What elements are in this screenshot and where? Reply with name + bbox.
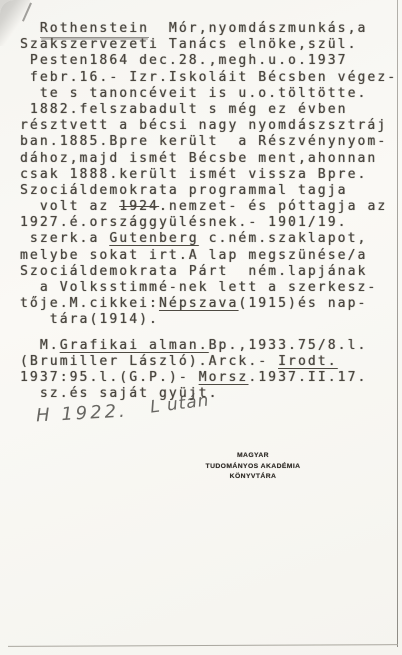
typed-segment: szerk.a bbox=[20, 231, 109, 246]
typed-line: (Brumiller László).Arck.- Irodt. bbox=[20, 354, 397, 370]
typed-line: Szociáldemokrata programmal tagja bbox=[20, 183, 397, 199]
scanned-catalog-card-page: { "page": { "background_color": "#d8d7d3… bbox=[0, 0, 402, 655]
typed-line: 1937:95.l.(G.P.)- Morsz.1937.II.17. bbox=[20, 370, 397, 386]
typed-segment: 1882.felszabadult s még ez évben bbox=[20, 102, 348, 117]
typed-line: Szociáldemokrata Párt ném.lapjának bbox=[20, 264, 397, 280]
typed-segment-underline: Morsz bbox=[199, 370, 249, 385]
typed-line: a Volksstimmé-nek lett a szerkesz- bbox=[20, 280, 397, 296]
typed-segment: tője.M.cikkei: bbox=[20, 296, 159, 311]
card-bottom-edge bbox=[8, 644, 398, 647]
stamp-line: MAGYAR bbox=[203, 451, 303, 462]
typed-segment: 1937:95.l.(G.P.)- bbox=[20, 370, 199, 385]
typed-line: szerk.a Gutenberg c.ném.szaklapot, bbox=[20, 231, 397, 247]
typed-line: te s tanoncéveit is u.o.töltötte. bbox=[20, 86, 397, 102]
typed-line: tára(1914). bbox=[20, 312, 397, 328]
typed-line: dához,majd ismét Bécsbe ment,ahonnan bbox=[20, 151, 397, 167]
typed-segment: .1937.II.17. bbox=[248, 370, 367, 385]
typed-line: tője.M.cikkei:Népszava(1915)és nap- bbox=[20, 296, 397, 312]
typed-line: Rothenstein Mór,nyomdászmunkás,a bbox=[20, 21, 397, 37]
typed-line: Szakszervezeti Tanács elnöke,szül. bbox=[20, 37, 397, 53]
handwritten-note-left: H 1922. bbox=[36, 401, 129, 427]
typed-segment-underline: Irodt. bbox=[278, 354, 338, 369]
typed-segment: c.ném.szaklapot, bbox=[199, 231, 368, 246]
typed-segment: csak 1888.került ismét vissza Bpre. bbox=[20, 167, 367, 182]
typed-segment: résztvett a bécsi nagy nyomdászsztráj bbox=[20, 118, 387, 133]
typed-line: M.Grafikai alman.Bp.,1933.75/8.l. bbox=[20, 338, 397, 354]
typed-segment: dához,majd ismét Bécsbe ment,ahonnan bbox=[20, 151, 377, 166]
typed-segment-underline: Gutenberg bbox=[109, 231, 198, 246]
typed-segment: Szociáldemokrata programmal tagja bbox=[20, 183, 348, 198]
typed-segment: Szakszervezeti Tanács elnöke,szül. bbox=[20, 37, 358, 52]
typed-segment: (Brumiller László).Arck.- bbox=[20, 354, 278, 369]
typed-segment: M. bbox=[20, 338, 60, 353]
typed-segment: Szociáldemokrata Párt ném.lapjának bbox=[20, 264, 367, 279]
typed-segment: .nemzet- és póttagja az bbox=[159, 199, 387, 214]
stamp-line: KÖNYVTÁRA bbox=[203, 472, 303, 483]
typed-line: febr.16.- Izr.Iskoláit Bécsben végez- bbox=[20, 70, 397, 86]
typed-segment-pencil: Rothenstein bbox=[40, 21, 149, 38]
typed-segment: tára(1914). bbox=[20, 312, 159, 327]
stamp-line: TUDOMÁNYOS AKADÉMIA bbox=[203, 462, 303, 473]
typed-segment: a Volksstimmé-nek lett a szerkesz- bbox=[20, 280, 377, 295]
typed-segment: Bp.,1933.75/8.l. bbox=[209, 338, 368, 353]
typed-segment: febr.16.- Izr.Iskoláit Bécsben végez- bbox=[20, 70, 397, 85]
typed-line: Pesten1864 dec.28.,megh.u.o.1937 bbox=[20, 53, 397, 69]
typed-line: 1882.felszabadult s még ez évben bbox=[20, 102, 397, 118]
typed-segment bbox=[20, 21, 40, 36]
typed-line: melybe sokat irt.A lap megszünése/a bbox=[20, 248, 397, 264]
typed-segment: ban.1885.Bpre került a Részvénynyom- bbox=[20, 134, 387, 149]
typed-text-block: Rothenstein Mór,nyomdászmunkás,aSzakszer… bbox=[20, 21, 397, 402]
typed-line: ban.1885.Bpre került a Részvénynyom- bbox=[20, 134, 397, 150]
typed-line: csak 1888.került ismét vissza Bpre. bbox=[20, 167, 397, 183]
typed-segment: Pesten1864 dec.28.,megh.u.o.1937 bbox=[20, 53, 348, 68]
typed-segment: Mór,nyomdászmunkás,a bbox=[149, 21, 367, 36]
typed-segment: melybe sokat irt.A lap megszünése/a bbox=[20, 248, 367, 263]
typed-line: volt az 1924.nemzet- és póttagja az bbox=[20, 199, 397, 215]
typed-line: résztvett a bécsi nagy nyomdászsztráj bbox=[20, 118, 397, 134]
catalog-card: Rothenstein Mór,nyomdászmunkás,aSzakszer… bbox=[0, 0, 402, 655]
library-stamp: MAGYARTUDOMÁNYOS AKADÉMIAKÖNYVTÁRA bbox=[203, 451, 303, 483]
typed-segment: volt az bbox=[20, 199, 119, 214]
typed-segment-underline: Népszava bbox=[159, 296, 238, 311]
typed-segment: (1915)és nap- bbox=[238, 296, 367, 311]
card-right-edge bbox=[397, 0, 398, 647]
typed-segment: te s tanoncéveit is u.o.töltötte. bbox=[20, 86, 367, 101]
typed-segment: 1927.é.országgyülésnek.- 1901/19. bbox=[20, 215, 348, 230]
typed-segment-underline: Grafikai alman. bbox=[60, 338, 209, 353]
typed-line: 1927.é.országgyülésnek.- 1901/19. bbox=[20, 215, 397, 231]
typed-segment-strike: 1924 bbox=[119, 199, 159, 214]
